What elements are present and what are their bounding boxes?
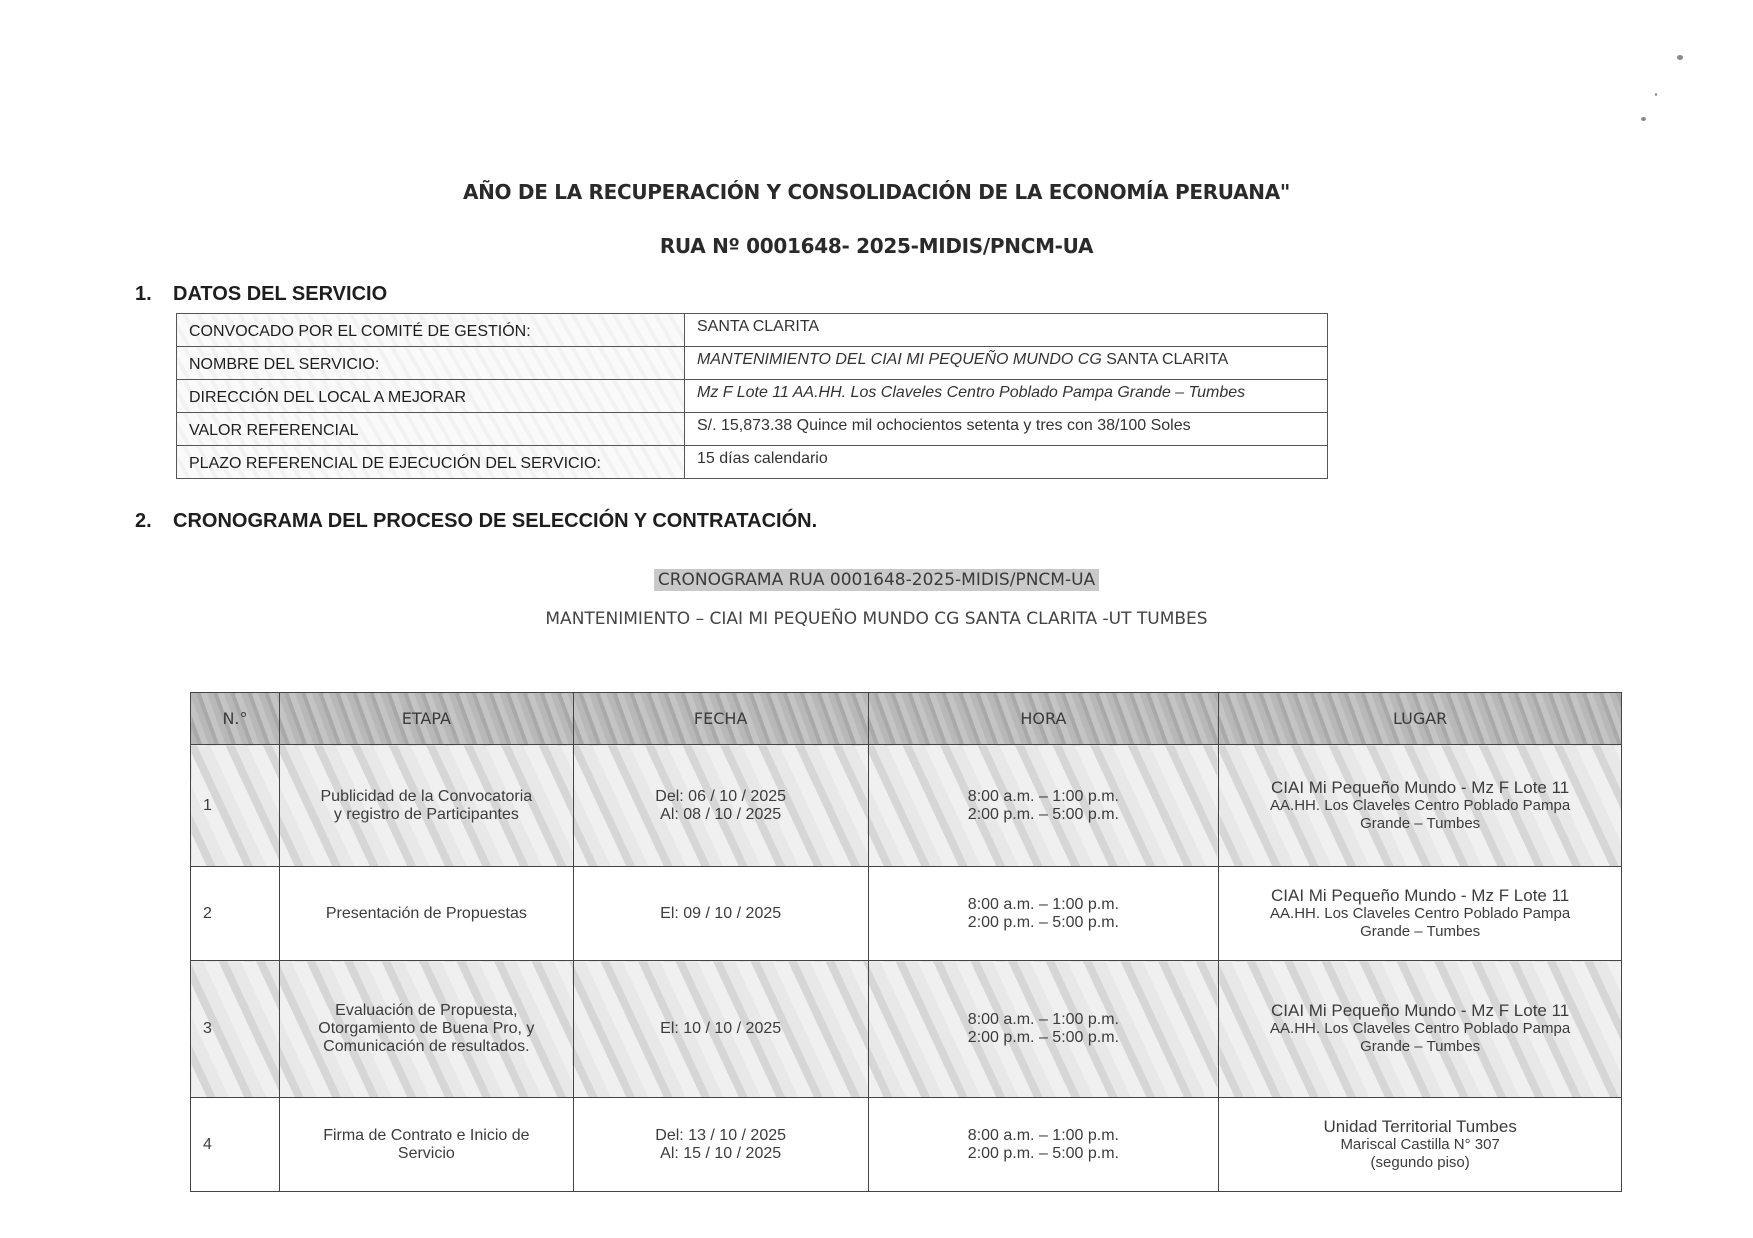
hora-cell-line: 2:00 p.m. – 5:00 p.m. xyxy=(870,1145,1218,1163)
etapa-cell-line: Evaluación de Propuesta, xyxy=(281,1002,572,1020)
row-label: VALOR REFERENCIAL xyxy=(177,413,685,446)
fecha-cell-line: Al: 15 / 10 / 2025 xyxy=(575,1145,867,1163)
etapa-cell-line: Publicidad de la Convocatoria xyxy=(281,788,572,806)
schedule-table: N.° ETAPA FECHA HORA LUGAR 1Publicidad d… xyxy=(190,692,1622,1192)
lugar-cell: Unidad Territorial TumbesMariscal Castil… xyxy=(1219,1098,1622,1192)
table-row: 2Presentación de PropuestasEl: 09 / 10 /… xyxy=(191,867,1622,961)
column-header: FECHA xyxy=(573,693,868,745)
hora-cell-line: 2:00 p.m. – 5:00 p.m. xyxy=(870,1029,1218,1047)
table-row: VALOR REFERENCIAL S/. 15,873.38 Quince m… xyxy=(177,413,1328,446)
row-label: PLAZO REFERENCIAL DE EJECUCIÓN DEL SERVI… xyxy=(177,446,685,479)
etapa-cell-line: Comunicación de resultados. xyxy=(281,1038,572,1056)
lugar-cell-line: Mariscal Castilla N° 307 xyxy=(1220,1136,1620,1154)
lugar-cell-line: Grande – Tumbes xyxy=(1220,815,1620,833)
hora-cell: 8:00 a.m. – 1:00 p.m.2:00 p.m. – 5:00 p.… xyxy=(868,867,1219,961)
column-header: ETAPA xyxy=(279,693,573,745)
schedule-subtitle: MANTENIMIENTO – CIAI MI PEQUEÑO MUNDO CG… xyxy=(0,609,1753,629)
section-title: CRONOGRAMA DEL PROCESO DE SELECCIÓN Y CO… xyxy=(173,510,817,532)
lugar-cell-line: AA.HH. Los Claveles Centro Poblado Pampa xyxy=(1220,905,1620,923)
row-value: 15 días calendario xyxy=(685,446,1328,479)
row-number: 3 xyxy=(191,961,280,1098)
column-header: HORA xyxy=(868,693,1219,745)
row-value-italic: MANTENIMIENTO DEL CIAI MI PEQUEÑO MUNDO … xyxy=(697,351,1102,368)
lugar-cell-line: Grande – Tumbes xyxy=(1220,1038,1620,1056)
hora-cell: 8:00 a.m. – 1:00 p.m.2:00 p.m. – 5:00 p.… xyxy=(868,745,1219,867)
row-number: 2 xyxy=(191,867,280,961)
lugar-cell-line: Unidad Territorial Tumbes xyxy=(1220,1118,1620,1136)
lugar-cell-line: AA.HH. Los Claveles Centro Poblado Pampa xyxy=(1220,797,1620,815)
service-data-table: CONVOCADO POR EL COMITÉ DE GESTIÓN: SANT… xyxy=(176,313,1328,479)
lugar-cell-line: CIAI Mi Pequeño Mundo - Mz F Lote 11 xyxy=(1220,779,1620,797)
row-number: 4 xyxy=(191,1098,280,1192)
hora-cell-line: 8:00 a.m. – 1:00 p.m. xyxy=(870,896,1218,914)
hora-cell-line: 8:00 a.m. – 1:00 p.m. xyxy=(870,1127,1218,1145)
column-header: N.° xyxy=(191,693,280,745)
section-2-heading: 2.CRONOGRAMA DEL PROCESO DE SELECCIÓN Y … xyxy=(135,510,817,533)
etapa-cell-line: Firma de Contrato e Inicio de xyxy=(281,1127,572,1145)
row-value: MANTENIMIENTO DEL CIAI MI PEQUEÑO MUNDO … xyxy=(685,347,1328,380)
scan-speck xyxy=(1655,93,1657,96)
fecha-cell: El: 09 / 10 / 2025 xyxy=(573,867,868,961)
fecha-cell: Del: 06 / 10 / 2025Al: 08 / 10 / 2025 xyxy=(573,745,868,867)
hora-cell-line: 8:00 a.m. – 1:00 p.m. xyxy=(870,788,1218,806)
row-value: SANTA CLARITA xyxy=(685,314,1328,347)
etapa-cell: Firma de Contrato e Inicio deServicio xyxy=(279,1098,573,1192)
fecha-cell: Del: 13 / 10 / 2025Al: 15 / 10 / 2025 xyxy=(573,1098,868,1192)
etapa-cell-line: Otorgamiento de Buena Pro, y xyxy=(281,1020,572,1038)
etapa-cell: Presentación de Propuestas xyxy=(279,867,573,961)
section-title: DATOS DEL SERVICIO xyxy=(173,283,387,305)
fecha-cell-line: Del: 06 / 10 / 2025 xyxy=(575,788,867,806)
hora-cell: 8:00 a.m. – 1:00 p.m.2:00 p.m. – 5:00 p.… xyxy=(868,1098,1219,1192)
table-row: DIRECCIÓN DEL LOCAL A MEJORAR Mz F Lote … xyxy=(177,380,1328,413)
lugar-cell-line: CIAI Mi Pequeño Mundo - Mz F Lote 11 xyxy=(1220,887,1620,905)
table-row: 4Firma de Contrato e Inicio deServicioDe… xyxy=(191,1098,1622,1192)
lugar-cell: CIAI Mi Pequeño Mundo - Mz F Lote 11AA.H… xyxy=(1219,745,1622,867)
row-label: DIRECCIÓN DEL LOCAL A MEJORAR xyxy=(177,380,685,413)
section-1-heading: 1.DATOS DEL SERVICIO xyxy=(135,283,387,306)
fecha-cell-line: Del: 13 / 10 / 2025 xyxy=(575,1127,867,1145)
row-value: Mz F Lote 11 AA.HH. Los Claveles Centro … xyxy=(685,380,1328,413)
table-row: 3Evaluación de Propuesta,Otorgamiento de… xyxy=(191,961,1622,1098)
lugar-cell-line: Grande – Tumbes xyxy=(1220,923,1620,941)
hora-cell-line: 2:00 p.m. – 5:00 p.m. xyxy=(870,914,1218,932)
row-value: S/. 15,873.38 Quince mil ochocientos set… xyxy=(685,413,1328,446)
fecha-cell-line: El: 09 / 10 / 2025 xyxy=(575,905,867,923)
etapa-cell-line: y registro de Participantes xyxy=(281,806,572,824)
year-title: AÑO DE LA RECUPERACIÓN Y CONSOLIDACIÓN D… xyxy=(0,180,1753,204)
schedule-title: CRONOGRAMA RUA 0001648-2025-MIDIS/PNCM-U… xyxy=(0,570,1753,590)
scan-speck xyxy=(1677,55,1683,60)
table-row: 1Publicidad de la Convocatoriay registro… xyxy=(191,745,1622,867)
row-number: 1 xyxy=(191,745,280,867)
section-number: 2. xyxy=(135,510,173,533)
fecha-cell: El: 10 / 10 / 2025 xyxy=(573,961,868,1098)
lugar-cell: CIAI Mi Pequeño Mundo - Mz F Lote 11AA.H… xyxy=(1219,867,1622,961)
lugar-cell-line: AA.HH. Los Claveles Centro Poblado Pampa xyxy=(1220,1020,1620,1038)
fecha-cell-line: El: 10 / 10 / 2025 xyxy=(575,1020,867,1038)
table-row: CONVOCADO POR EL COMITÉ DE GESTIÓN: SANT… xyxy=(177,314,1328,347)
row-label: NOMBRE DEL SERVICIO: xyxy=(177,347,685,380)
table-row: NOMBRE DEL SERVICIO: MANTENIMIENTO DEL C… xyxy=(177,347,1328,380)
table-row: PLAZO REFERENCIAL DE EJECUCIÓN DEL SERVI… xyxy=(177,446,1328,479)
hora-cell-line: 2:00 p.m. – 5:00 p.m. xyxy=(870,806,1218,824)
table-header-row: N.° ETAPA FECHA HORA LUGAR xyxy=(191,693,1622,745)
etapa-cell: Publicidad de la Convocatoriay registro … xyxy=(279,745,573,867)
lugar-cell: CIAI Mi Pequeño Mundo - Mz F Lote 11AA.H… xyxy=(1219,961,1622,1098)
section-number: 1. xyxy=(135,283,173,306)
column-header: LUGAR xyxy=(1219,693,1622,745)
rua-title: RUA Nº 0001648- 2025-MIDIS/PNCM-UA xyxy=(0,234,1753,258)
lugar-cell-line: CIAI Mi Pequeño Mundo - Mz F Lote 11 xyxy=(1220,1002,1620,1020)
etapa-cell-line: Servicio xyxy=(281,1145,572,1163)
hora-cell: 8:00 a.m. – 1:00 p.m.2:00 p.m. – 5:00 p.… xyxy=(868,961,1219,1098)
scan-speck xyxy=(1641,117,1646,121)
etapa-cell-line: Presentación de Propuestas xyxy=(281,905,572,923)
lugar-cell-line: (segundo piso) xyxy=(1220,1154,1620,1172)
row-value-rest: SANTA CLARITA xyxy=(1102,351,1229,368)
row-label: CONVOCADO POR EL COMITÉ DE GESTIÓN: xyxy=(177,314,685,347)
hora-cell-line: 8:00 a.m. – 1:00 p.m. xyxy=(870,1011,1218,1029)
etapa-cell: Evaluación de Propuesta,Otorgamiento de … xyxy=(279,961,573,1098)
fecha-cell-line: Al: 08 / 10 / 2025 xyxy=(575,806,867,824)
